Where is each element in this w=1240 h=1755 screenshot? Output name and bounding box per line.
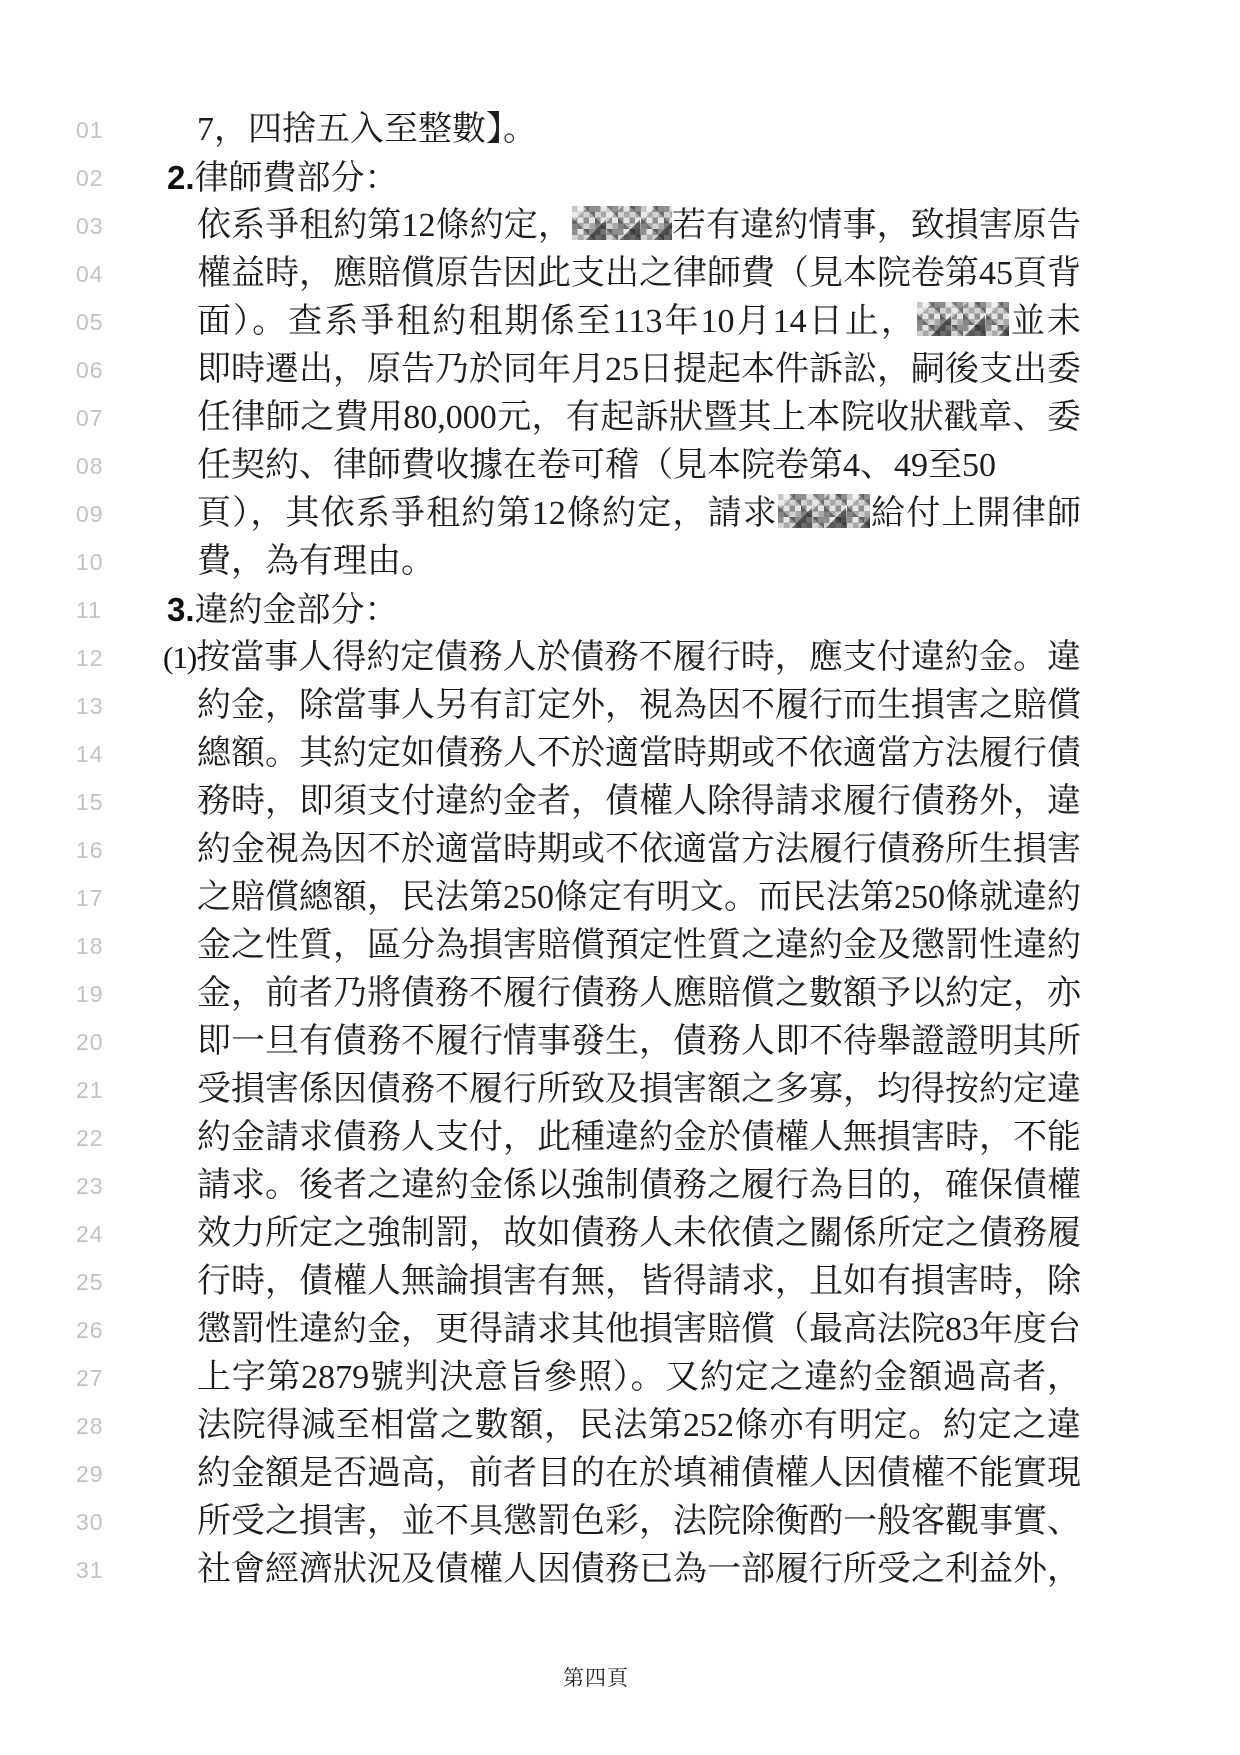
line-number: 10	[76, 538, 104, 586]
document-line: 06即時遷出，原告乃於同年月25日提起本件訴訟，嗣後支出委	[0, 346, 1240, 394]
text-segment: 受損害係因債務不履行所致及損害額之多寡，均得按約定違	[197, 1071, 1081, 1108]
line-text: 2.律師費部分：	[167, 154, 1081, 202]
line-text: 受損害係因債務不履行所致及損害額之多寡，均得按約定違	[197, 1066, 1081, 1114]
document-line: 113.違約金部分：	[0, 586, 1240, 634]
text-segment: 社會經濟狀況及債權人因債務已為一部履行所受之利益外，	[197, 1551, 1081, 1588]
document-line: 03依系爭租約第12條約定，若有違約情事，致損害原告	[0, 202, 1240, 250]
document-line: 12(1)按當事人得約定債務人於債務不履行時，應支付違約金。違	[0, 634, 1240, 682]
text-segment: 上字第2879號判決意旨參照）。又約定之違約金額過高者，	[197, 1359, 1081, 1396]
line-text: 面）。查系爭租約租期係至113年10月14日止，並未	[197, 298, 1081, 346]
text-segment: 總額。其約定如債務人不於適當時期或不依適當方法履行債	[197, 735, 1081, 772]
line-number: 23	[76, 1162, 104, 1210]
line-text: 金之性質，區分為損害賠償預定性質之違約金及懲罰性違約	[197, 922, 1081, 970]
line-number: 11	[76, 586, 102, 634]
line-text: 頁），其依系爭租約第12條約定，請求給付上開律師	[197, 490, 1081, 538]
line-number: 16	[76, 826, 104, 874]
line-text: 金，前者乃將債務不履行債務人應賠償之數額予以約定，亦	[197, 970, 1081, 1018]
line-text: 行時，債權人無論損害有無，皆得請求，且如有損害時，除	[197, 1258, 1081, 1306]
line-number: 31	[76, 1546, 104, 1594]
list-marker: 2.	[167, 159, 195, 196]
text-segment: 7，四捨五入至整數】。	[197, 111, 537, 148]
line-number: 14	[76, 730, 104, 778]
line-number: 07	[76, 394, 104, 442]
document-line: 017，四捨五入至整數】。	[0, 106, 1240, 154]
line-text: 之賠償總額，民法第250條定有明文。而民法第250條就違約	[197, 874, 1081, 922]
redacted-text	[572, 206, 672, 240]
line-number: 15	[76, 778, 104, 826]
document-line: 20即一旦有債務不履行情事發生，債務人即不待舉證證明其所	[0, 1018, 1240, 1066]
line-number: 18	[76, 922, 104, 970]
line-number: 28	[76, 1402, 104, 1450]
document-line: 09頁），其依系爭租約第12條約定，請求給付上開律師	[0, 490, 1240, 538]
line-text: 法院得減至相當之數額，民法第252條亦有明定。約定之違	[197, 1402, 1081, 1450]
text-segment: 按當事人得約定債務人於債務不履行時，應支付違約金。違	[196, 639, 1081, 676]
text-segment: 若有違約情事，致損害原告	[672, 207, 1081, 244]
line-number: 03	[76, 202, 104, 250]
redacted-text	[778, 494, 870, 528]
text-segment: 約金額是否過高，前者目的在於填補債權人因債權不能實現	[197, 1455, 1081, 1492]
line-text: 上字第2879號判決意旨參照）。又約定之違約金額過高者，	[197, 1354, 1081, 1402]
line-text: 即一旦有債務不履行情事發生，債務人即不待舉證證明其所	[197, 1018, 1081, 1066]
line-text: 權益時，應賠償原告因此支出之律師費（見本院卷第45頁背	[197, 250, 1081, 298]
document-line: 15務時，即須支付違約金者，債權人除得請求履行債務外，違	[0, 778, 1240, 826]
line-number: 02	[76, 154, 104, 202]
document-line: 16約金視為因不於適當時期或不依適當方法履行債務所生損害	[0, 826, 1240, 874]
line-text: (1)按當事人得約定債務人於債務不履行時，應支付違約金。違	[163, 634, 1081, 682]
document-line: 18金之性質，區分為損害賠償預定性質之違約金及懲罰性違約	[0, 922, 1240, 970]
line-number: 13	[76, 682, 104, 730]
line-text: 效力所定之強制罰，故如債務人未依債之關係所定之債務履	[197, 1210, 1081, 1258]
document-line: 022.律師費部分：	[0, 154, 1240, 202]
line-number: 06	[76, 346, 104, 394]
text-segment: 違約金部分：	[195, 592, 399, 629]
document-line: 08任契約、律師費收據在卷可稽（見本院卷第4、49至50	[0, 442, 1240, 490]
text-segment: 約金，除當事人另有訂定外，視為因不履行而生損害之賠償	[197, 687, 1081, 724]
document-body: 017，四捨五入至整數】。022.律師費部分：03依系爭租約第12條約定，若有違…	[0, 106, 1240, 1594]
document-line: 04權益時，應賠償原告因此支出之律師費（見本院卷第45頁背	[0, 250, 1240, 298]
document-line: 28法院得減至相當之數額，民法第252條亦有明定。約定之違	[0, 1402, 1240, 1450]
document-line: 14總額。其約定如債務人不於適當時期或不依適當方法履行債	[0, 730, 1240, 778]
document-line: 27上字第2879號判決意旨參照）。又約定之違約金額過高者，	[0, 1354, 1240, 1402]
line-number: 20	[76, 1018, 104, 1066]
page-number: 第四頁	[563, 1662, 629, 1692]
text-segment: 法院得減至相當之數額，民法第252條亦有明定。約定之違	[197, 1407, 1081, 1444]
text-segment: 行時，債權人無論損害有無，皆得請求，且如有損害時，除	[197, 1263, 1081, 1300]
line-number: 27	[76, 1354, 104, 1402]
text-segment: 頁），其依系爭租約第12條約定，請求	[197, 495, 778, 532]
document-line: 17之賠償總額，民法第250條定有明文。而民法第250條就違約	[0, 874, 1240, 922]
line-number: 25	[76, 1258, 104, 1306]
text-segment: 給付上開律師	[870, 495, 1081, 532]
document-line: 29約金額是否過高，前者目的在於填補債權人因債權不能實現	[0, 1450, 1240, 1498]
document-line: 30所受之損害，並不具懲罰色彩，法院除衡酌一般客觀事實、	[0, 1498, 1240, 1546]
line-number: 22	[76, 1114, 104, 1162]
line-text: 約金請求債務人支付，此種違約金於債權人無損害時，不能	[197, 1114, 1081, 1162]
line-number: 01	[76, 106, 104, 154]
document-line: 26懲罰性違約金，更得請求其他損害賠償（最高法院83年度台	[0, 1306, 1240, 1354]
line-number: 08	[76, 442, 104, 490]
text-segment: 效力所定之強制罰，故如債務人未依債之關係所定之債務履	[197, 1215, 1081, 1252]
text-segment: 權益時，應賠償原告因此支出之律師費（見本院卷第45頁背	[197, 255, 1081, 292]
line-number: 24	[76, 1210, 104, 1258]
text-segment: 金，前者乃將債務不履行債務人應賠償之數額予以約定，亦	[197, 975, 1081, 1012]
text-segment: 任律師之費用80,000元，有起訴狀暨其上本院收狀戳章、委	[197, 399, 1081, 436]
line-text: 社會經濟狀況及債權人因債務已為一部履行所受之利益外，	[197, 1546, 1081, 1594]
text-segment: 依系爭租約第12條約定，	[197, 207, 572, 244]
document-line: 10費，為有理由。	[0, 538, 1240, 586]
document-line: 05面）。查系爭租約租期係至113年10月14日止，並未	[0, 298, 1240, 346]
line-number: 26	[76, 1306, 104, 1354]
text-segment: 約金請求債務人支付，此種違約金於債權人無損害時，不能	[197, 1119, 1081, 1156]
document-line: 07任律師之費用80,000元，有起訴狀暨其上本院收狀戳章、委	[0, 394, 1240, 442]
line-text: 務時，即須支付違約金者，債權人除得請求履行債務外，違	[197, 778, 1081, 826]
list-marker: 3.	[167, 591, 195, 628]
redacted-text	[917, 302, 1009, 336]
text-segment: 懲罰性違約金，更得請求其他損害賠償（最高法院83年度台	[197, 1311, 1081, 1348]
text-segment: 約金視為因不於適當時期或不依適當方法履行債務所生損害	[197, 831, 1081, 868]
text-segment: 任契約、律師費收據在卷可稽（見本院卷第4、49至50	[197, 447, 996, 484]
document-line: 24效力所定之強制罰，故如債務人未依債之關係所定之債務履	[0, 1210, 1240, 1258]
line-text: 約金，除當事人另有訂定外，視為因不履行而生損害之賠償	[197, 682, 1081, 730]
document-line: 22約金請求債務人支付，此種違約金於債權人無損害時，不能	[0, 1114, 1240, 1162]
line-text: 懲罰性違約金，更得請求其他損害賠償（最高法院83年度台	[197, 1306, 1081, 1354]
line-number: 05	[76, 298, 104, 346]
text-segment: 金之性質，區分為損害賠償預定性質之違約金及懲罰性違約	[197, 927, 1081, 964]
line-text: 7，四捨五入至整數】。	[197, 106, 1081, 154]
text-segment: 費，為有理由。	[197, 543, 435, 580]
line-text: 約金額是否過高，前者目的在於填補債權人因債權不能實現	[197, 1450, 1081, 1498]
text-segment: 所受之損害，並不具懲罰色彩，法院除衡酌一般客觀事實、	[197, 1503, 1081, 1540]
line-number: 30	[76, 1498, 104, 1546]
text-segment: 並未	[1009, 303, 1081, 340]
line-text: 總額。其約定如債務人不於適當時期或不依適當方法履行債	[197, 730, 1081, 778]
text-segment: 務時，即須支付違約金者，債權人除得請求履行債務外，違	[197, 783, 1081, 820]
text-segment: 即一旦有債務不履行情事發生，債務人即不待舉證證明其所	[197, 1023, 1081, 1060]
line-number: 21	[76, 1066, 104, 1114]
document-line: 25行時，債權人無論損害有無，皆得請求，且如有損害時，除	[0, 1258, 1240, 1306]
line-number: 09	[76, 490, 104, 538]
document-page: 017，四捨五入至整數】。022.律師費部分：03依系爭租約第12條約定，若有違…	[0, 0, 1240, 1755]
line-number: 12	[76, 634, 104, 682]
line-text: 3.違約金部分：	[167, 586, 1081, 634]
line-number: 29	[76, 1450, 104, 1498]
document-line: 13約金，除當事人另有訂定外，視為因不履行而生損害之賠償	[0, 682, 1240, 730]
document-line: 31社會經濟狀況及債權人因債務已為一部履行所受之利益外，	[0, 1546, 1240, 1594]
list-marker: (1)	[163, 640, 196, 675]
document-line: 21受損害係因債務不履行所致及損害額之多寡，均得按約定違	[0, 1066, 1240, 1114]
line-text: 費，為有理由。	[197, 538, 1081, 586]
line-text: 任律師之費用80,000元，有起訴狀暨其上本院收狀戳章、委	[197, 394, 1081, 442]
text-segment: 律師費部分：	[195, 160, 399, 197]
line-text: 約金視為因不於適當時期或不依適當方法履行債務所生損害	[197, 826, 1081, 874]
document-line: 23請求。後者之違約金係以強制債務之履行為目的，確保債權	[0, 1162, 1240, 1210]
document-line: 19金，前者乃將債務不履行債務人應賠償之數額予以約定，亦	[0, 970, 1240, 1018]
text-segment: 請求。後者之違約金係以強制債務之履行為目的，確保債權	[197, 1167, 1081, 1204]
line-number: 17	[76, 874, 104, 922]
text-segment: 面）。查系爭租約租期係至113年10月14日止，	[197, 303, 917, 340]
line-number: 19	[76, 970, 104, 1018]
line-text: 任契約、律師費收據在卷可稽（見本院卷第4、49至50	[197, 442, 1081, 490]
line-text: 依系爭租約第12條約定，若有違約情事，致損害原告	[197, 202, 1081, 250]
line-text: 即時遷出，原告乃於同年月25日提起本件訴訟，嗣後支出委	[197, 346, 1081, 394]
line-number: 04	[76, 250, 104, 298]
text-segment: 之賠償總額，民法第250條定有明文。而民法第250條就違約	[197, 879, 1081, 916]
text-segment: 即時遷出，原告乃於同年月25日提起本件訴訟，嗣後支出委	[197, 351, 1081, 388]
line-text: 所受之損害，並不具懲罰色彩，法院除衡酌一般客觀事實、	[197, 1498, 1081, 1546]
line-text: 請求。後者之違約金係以強制債務之履行為目的，確保債權	[197, 1162, 1081, 1210]
